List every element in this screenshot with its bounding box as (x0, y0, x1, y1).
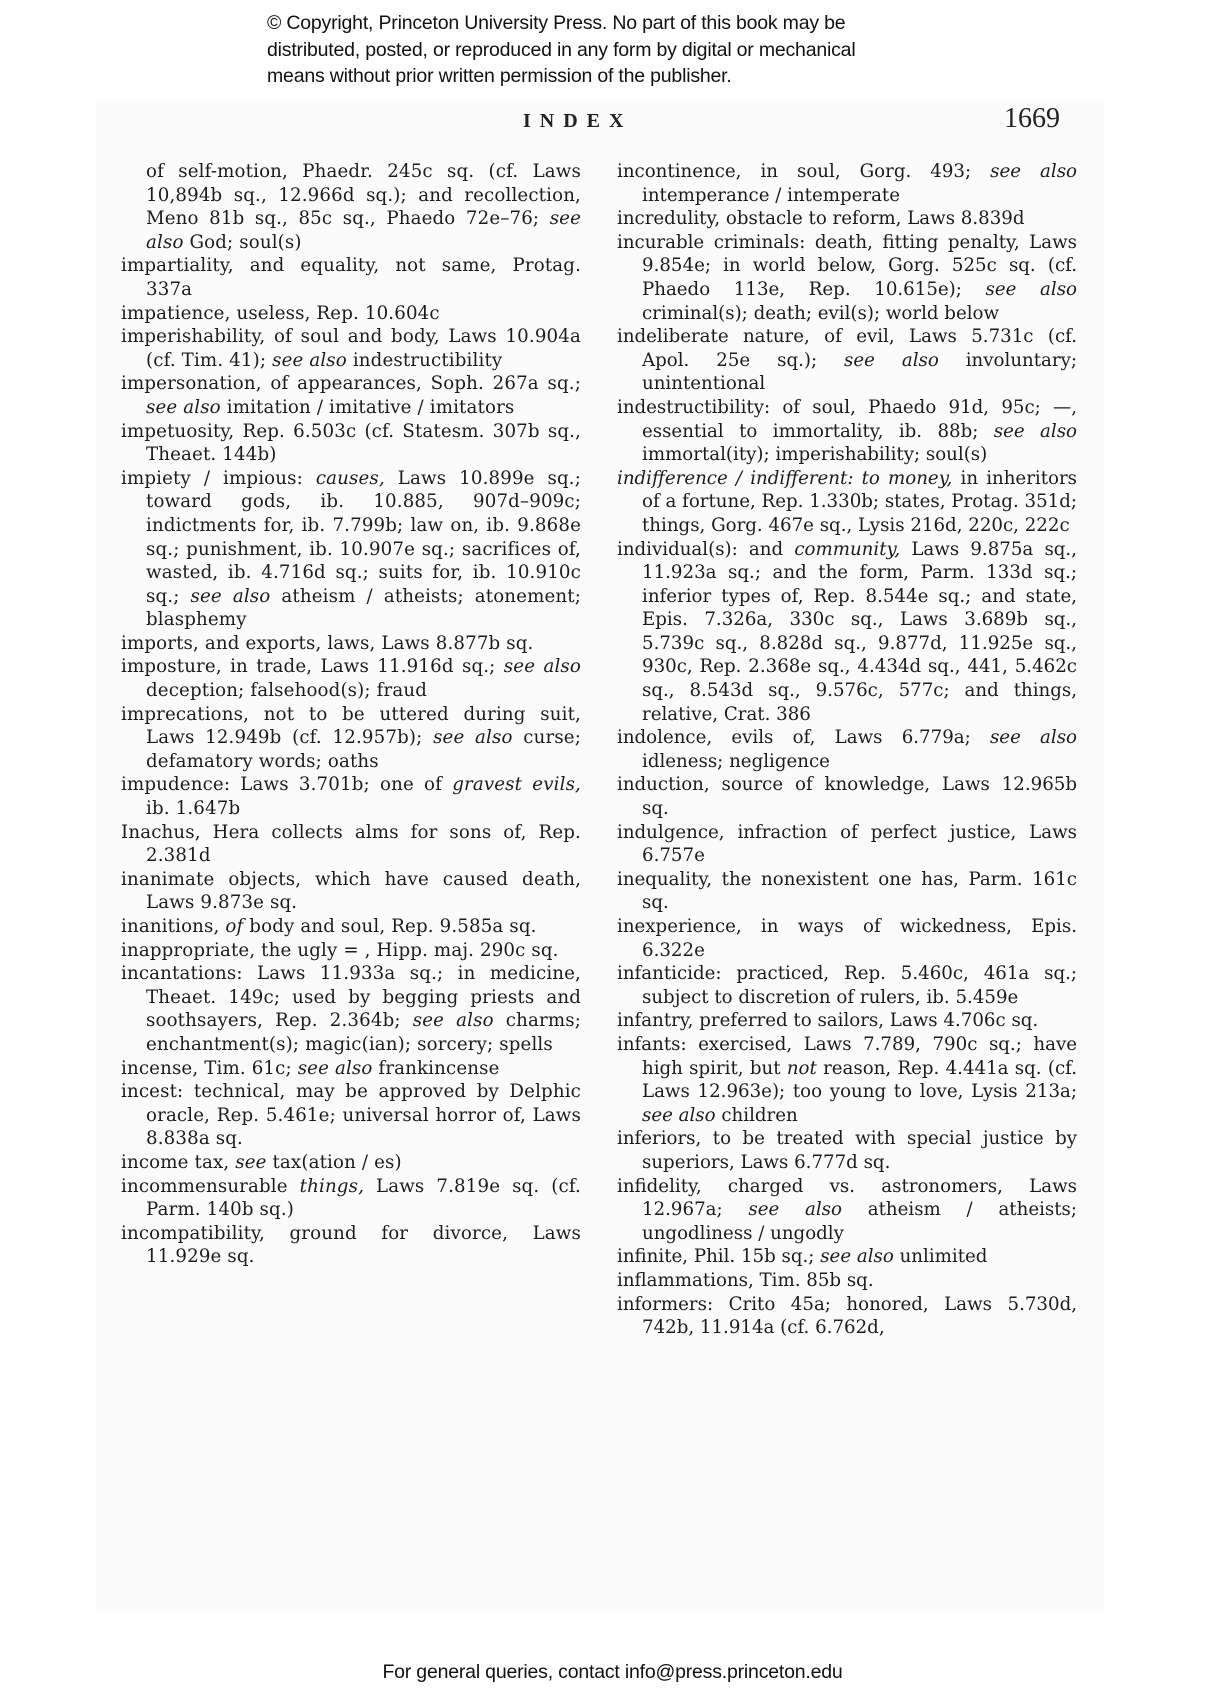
index-entry: incense, Tim. 61c; see also frankincense (121, 1057, 581, 1081)
copyright-line: © Copyright, Princeton University Press.… (267, 10, 967, 37)
index-entry-italic: of (225, 916, 243, 937)
index-entry: impiety / impious: causes, Laws 10.899e … (121, 467, 581, 632)
index-entry-italic: see also (433, 727, 513, 748)
index-entry-text: inappropriate, the ugly = , Hipp. maj. 2… (121, 940, 559, 961)
index-entry-italic: see also (642, 1105, 716, 1126)
index-entry: incredulity, obstacle to reform, Laws 8.… (617, 207, 1077, 231)
index-entry-text: ib. 1.647b (146, 798, 240, 819)
index-entry-italic: see also (986, 279, 1077, 300)
index-entry-text: imposture, in trade, Laws 11.916d sq.; (121, 656, 504, 677)
index-entry-italic: see also (844, 350, 939, 371)
index-entry-text: of self-motion, Phaedr. 245c sq. (cf. La… (146, 161, 581, 229)
index-entry-text: impudence: Laws 3.701b; one of (121, 774, 452, 795)
index-entry-text: incontinence, in soul, Gorg. 493; (617, 161, 990, 182)
index-entry-text: inexperience, in ways of wickedness, Epi… (617, 916, 1077, 961)
index-entry-text: Inachus, Hera collects alms for sons of,… (121, 822, 581, 867)
index-entry-italic: see (235, 1152, 266, 1173)
index-entry: inferiors, to be treated with special ju… (617, 1127, 1077, 1174)
index-entry-italic: gravest evils, (452, 774, 581, 795)
index-entry-text: infanticide: practiced, Rep. 5.460c, 461… (617, 963, 1077, 1008)
index-entry-italic: community, (794, 539, 900, 560)
index-entry: impatience, useless, Rep. 10.604c (121, 302, 581, 326)
index-entry: informers: Crito 45a; honored, Laws 5.73… (617, 1293, 1077, 1340)
index-entry: impersonation, of appearances, Soph. 267… (121, 372, 581, 419)
index-entry-italic: indifference / indifferent: to money, (617, 468, 952, 489)
index-entry: of self-motion, Phaedr. 245c sq. (cf. La… (121, 160, 581, 254)
index-entry-italic: not (787, 1058, 817, 1079)
index-entry: indestructibility: of soul, Phaedo 91d, … (617, 396, 1077, 467)
index-entry: indolence, evils of, Laws 6.779a; see al… (617, 726, 1077, 773)
index-entry-text: incense, Tim. 61c; (121, 1058, 298, 1079)
index-entry-italic: see also (504, 656, 581, 677)
index-entry-text: intemperance / intemperate (642, 185, 900, 206)
index-entry-text: incredulity, obstacle to reform, Laws 8.… (617, 208, 1025, 229)
index-entry-text: frankincense (373, 1058, 500, 1079)
index-column-right: incontinence, in soul, Gorg. 493; see al… (617, 160, 1077, 1340)
copyright-notice: © Copyright, Princeton University Press.… (267, 10, 967, 90)
index-entry: Inachus, Hera collects alms for sons of,… (121, 821, 581, 868)
index-entry-text: impatience, useless, Rep. 10.604c (121, 303, 440, 324)
index-entry-italic: see also (272, 350, 347, 371)
index-entry: impetuosity, Rep. 6.503c (cf. Statesm. 3… (121, 420, 581, 467)
index-entry: incontinence, in soul, Gorg. 493; see al… (617, 160, 1077, 207)
index-entry: infants: exercised, Laws 7.789, 790c sq.… (617, 1033, 1077, 1127)
index-entry-text: informers: Crito 45a; honored, Laws 5.73… (617, 1294, 1077, 1339)
index-entry-text: criminal(s); death; evil(s); world below (642, 303, 999, 324)
index-entry: impudence: Laws 3.701b; one of gravest e… (121, 773, 581, 820)
index-entry-text: impetuosity, Rep. 6.503c (cf. Statesm. 3… (121, 421, 581, 466)
index-entry-text: Laws 9.875a sq., 11.923a sq.; and the fo… (642, 539, 1077, 725)
index-entry: imports, and exports, laws, Laws 8.877b … (121, 632, 581, 656)
index-entry-text: indolence, evils of, Laws 6.779a; (617, 727, 990, 748)
index-entry-italic: see also (748, 1199, 842, 1220)
index-entry-text: inanimate objects, which have caused dea… (121, 869, 581, 914)
index-entry-text: incest: technical, may be approved by De… (121, 1081, 581, 1149)
index-entry: indeliberate nature, of evil, Laws 5.731… (617, 325, 1077, 396)
index-entry-text: infantry, preferred to sailors, Laws 4.7… (617, 1010, 1038, 1031)
index-entry: incompatibility, ground for divorce, Law… (121, 1222, 581, 1269)
index-entry-text: unlimited (894, 1246, 988, 1267)
index-entry: inanitions, of body and soul, Rep. 9.585… (121, 915, 581, 939)
index-entry: income tax, see tax(ation / es) (121, 1151, 581, 1175)
index-entry: infinite, Phil. 15b sq.; see also unlimi… (617, 1245, 1077, 1269)
index-entry: infanticide: practiced, Rep. 5.460c, 461… (617, 962, 1077, 1009)
footer-contact: For general queries, contact info@press.… (0, 1661, 1225, 1684)
copyright-line: means without prior written permission o… (267, 63, 967, 90)
index-entry: incest: technical, may be approved by De… (121, 1080, 581, 1151)
index-entry-text: individual(s): and (617, 539, 794, 560)
index-entry: incantations: Laws 11.933a sq.; in medic… (121, 962, 581, 1056)
page-number: 1669 (1004, 103, 1060, 135)
index-entry-italic: see also (820, 1246, 894, 1267)
index-entry-text: indestructibility (347, 350, 502, 371)
index-entry: inappropriate, the ugly = , Hipp. maj. 2… (121, 939, 581, 963)
index-entry-text: inferiors, to be treated with special ju… (617, 1128, 1077, 1173)
index-entry-text: imitation / imitative / imitators (221, 397, 515, 418)
index-entry-text: infinite, Phil. 15b sq.; (617, 1246, 820, 1267)
index-entry-text: impartiality, and equality, not same, Pr… (121, 255, 581, 300)
index-entry-text: income tax, (121, 1152, 235, 1173)
index-entry: inflammations, Tim. 85b sq. (617, 1269, 1077, 1293)
index-entry: inequality, the nonexistent one has, Par… (617, 868, 1077, 915)
index-entry-italic: causes, (316, 468, 385, 489)
index-entry: individual(s): and community, Laws 9.875… (617, 538, 1077, 727)
index-entry-italic: things, (300, 1176, 364, 1197)
index-entry-italic: see also (146, 397, 221, 418)
index-entry-text: impiety / impious: (121, 468, 316, 489)
index-entry-text: immortal(ity); imperishability; soul(s) (642, 444, 987, 465)
index-entry: inexperience, in ways of wickedness, Epi… (617, 915, 1077, 962)
running-head: INDEX (523, 110, 632, 133)
index-entry-text: inflammations, Tim. 85b sq. (617, 1270, 874, 1291)
index-entry-text: God; soul(s) (184, 232, 302, 253)
index-column-left: of self-motion, Phaedr. 245c sq. (cf. La… (121, 160, 581, 1269)
index-entry: induction, source of knowledge, Laws 12.… (617, 773, 1077, 820)
index-entry: incommensurable things, Laws 7.819e sq. … (121, 1175, 581, 1222)
index-entry-italic: see also (994, 421, 1077, 442)
index-entry-text: indulgence, infraction of perfect justic… (617, 822, 1077, 867)
index-entry-text: incompatibility, ground for divorce, Law… (121, 1223, 581, 1268)
index-entry: inanimate objects, which have caused dea… (121, 868, 581, 915)
index-entry: indulgence, infraction of perfect justic… (617, 821, 1077, 868)
index-entry-text: deception; falsehood(s); fraud (146, 680, 427, 701)
index-entry: infantry, preferred to sailors, Laws 4.7… (617, 1009, 1077, 1033)
index-entry: impartiality, and equality, not same, Pr… (121, 254, 581, 301)
index-entry: imperishability, of soul and body, Laws … (121, 325, 581, 372)
index-entry-text: idleness; negligence (642, 751, 830, 772)
index-entry: infidelity, charged vs. astronomers, Law… (617, 1175, 1077, 1246)
index-entry-text: impersonation, of appearances, Soph. 267… (121, 373, 581, 394)
index-entry-italic: see also (990, 727, 1077, 748)
index-entry-text: inanitions, (121, 916, 225, 937)
index-entry-italic: see also (990, 161, 1077, 182)
index-entry: imposture, in trade, Laws 11.916d sq.; s… (121, 655, 581, 702)
index-entry-text: children (716, 1105, 798, 1126)
index-entry-text: induction, source of knowledge, Laws 12.… (617, 774, 1077, 819)
index-entry: indifference / indifferent: to money, in… (617, 467, 1077, 538)
index-entry-italic: see also (298, 1058, 373, 1079)
index-entry-text: body and soul, Rep. 9.585a sq. (243, 916, 536, 937)
index-entry: incurable criminals: death, fitting pena… (617, 231, 1077, 325)
index-entry-italic: see also (191, 586, 271, 607)
index-entry-italic: see also (413, 1010, 494, 1031)
index-entry-text: incommensurable (121, 1176, 300, 1197)
index-entry-text: inequality, the nonexistent one has, Par… (617, 869, 1077, 914)
index-entry-text: imports, and exports, laws, Laws 8.877b … (121, 633, 533, 654)
copyright-line: distributed, posted, or reproduced in an… (267, 37, 967, 64)
index-entry: imprecations, not to be uttered during s… (121, 703, 581, 774)
index-entry-text: tax(ation / es) (267, 1152, 402, 1173)
